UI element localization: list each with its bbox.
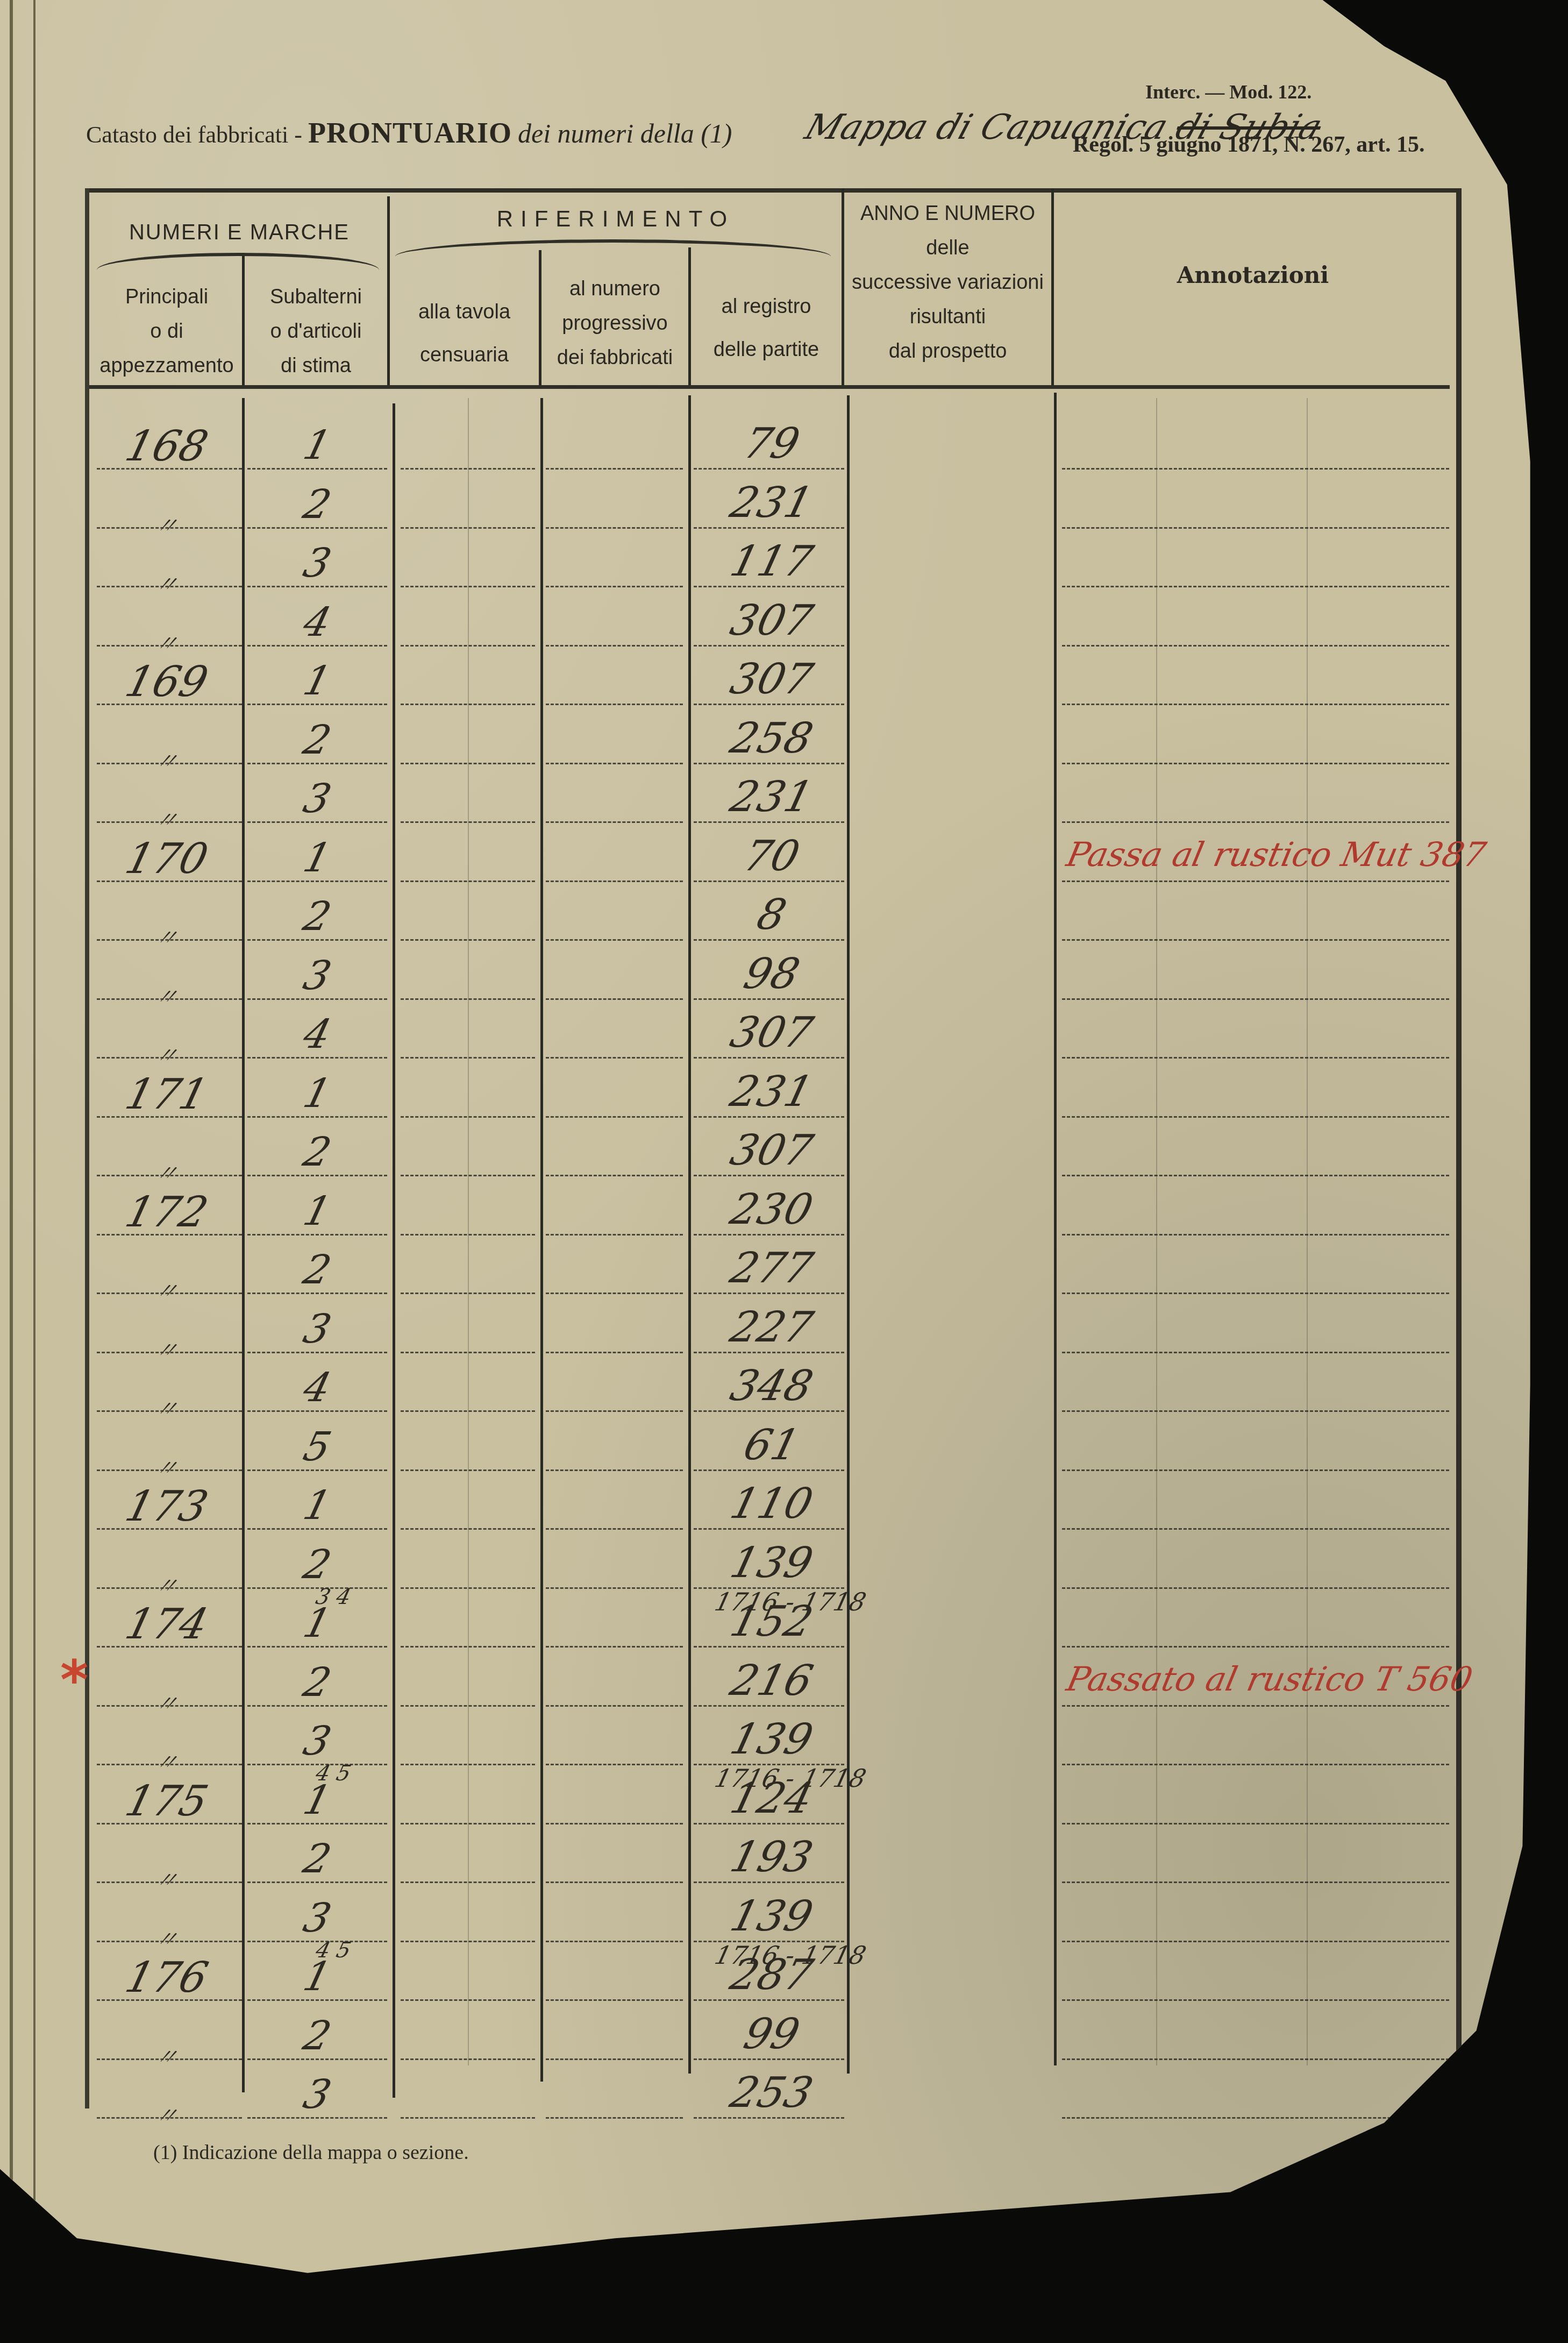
registro-partite-number: 287 xyxy=(688,1951,856,1999)
registro-partite-number: 139 xyxy=(688,1539,856,1587)
row-rule xyxy=(401,821,535,825)
row-rule xyxy=(1062,1410,1449,1414)
row-rule xyxy=(546,1941,683,1944)
row-rule xyxy=(401,1234,535,1237)
row-rule xyxy=(1062,1587,1449,1591)
principale-number: 〃 xyxy=(88,1333,246,1365)
header-line: successive variazioni xyxy=(844,265,1051,300)
subalterno-number: 1 xyxy=(239,1070,395,1117)
subalterno-number: 1 xyxy=(239,1482,395,1529)
row-rule xyxy=(546,998,683,1002)
row-rule xyxy=(401,1823,535,1826)
header-tavola: alla tavola censuaria xyxy=(390,290,539,377)
registro-partite-number: 152 xyxy=(688,1597,856,1646)
principale-number: 〃 xyxy=(88,508,246,541)
principale-number: 169 xyxy=(85,658,248,706)
row-rule xyxy=(546,527,683,530)
registro-partite-number: 216 xyxy=(688,1657,856,1705)
principale-number: 〃 xyxy=(88,803,246,835)
principale-number: 〃 xyxy=(88,979,246,1012)
red-asterisk-marker: * xyxy=(60,1649,88,1712)
row-rule xyxy=(1062,1941,1449,1944)
row-rule xyxy=(694,1881,844,1885)
row-rule xyxy=(694,645,844,648)
registro-partite-number: 231 xyxy=(688,479,856,527)
row-rule xyxy=(1062,1528,1449,1531)
principale-number: 〃 xyxy=(88,1922,246,1954)
row-rule xyxy=(546,1116,683,1119)
row-rule xyxy=(694,1528,844,1531)
edge-text: Ind xyxy=(22,2227,52,2248)
principale-number: 〃 xyxy=(88,626,246,658)
row-rule xyxy=(401,2058,535,2062)
row-rule xyxy=(694,1823,844,1826)
subalterno-number: 2 xyxy=(239,1836,395,1882)
principale-number: 171 xyxy=(85,1070,248,1119)
header-line: al registro xyxy=(691,285,842,328)
subtitle-label: dei numeri della (1) xyxy=(518,118,732,148)
principale-number: 〃 xyxy=(88,1451,246,1483)
row-rule xyxy=(401,704,535,707)
subalterno-number: 3 xyxy=(239,1895,395,1941)
header-line: censuaria xyxy=(390,333,539,377)
principale-number: 173 xyxy=(85,1482,248,1531)
header-principali: Principali o di appezzamento xyxy=(91,280,242,383)
header-annotazioni: Annotazioni xyxy=(1054,258,1452,293)
subalterno-number: 2 xyxy=(239,1247,395,1293)
row-rule xyxy=(546,1646,683,1649)
row-rule xyxy=(401,468,535,471)
row-rule xyxy=(401,2117,535,2120)
header-line: di stima xyxy=(245,349,387,383)
subalterno-number: 1 xyxy=(239,835,395,881)
subalterno-number: 4 xyxy=(239,599,395,645)
row-rule xyxy=(546,1587,683,1591)
header-line: risultanti xyxy=(844,300,1051,334)
row-rule xyxy=(694,939,844,942)
registro-partite-number: 231 xyxy=(688,1068,856,1116)
registro-partite-number: 348 xyxy=(688,1362,856,1410)
row-rule xyxy=(1062,821,1449,825)
row-rule xyxy=(401,1705,535,1708)
registro-partite-number: 307 xyxy=(688,1009,856,1057)
registro-partite-number: 307 xyxy=(688,1126,856,1175)
header-line: delle partite xyxy=(691,328,842,371)
subalterno-number: 1 xyxy=(239,658,395,704)
row-rule xyxy=(546,1410,683,1414)
row-rule xyxy=(694,1705,844,1708)
row-rule xyxy=(694,527,844,530)
principale-number: 175 xyxy=(85,1777,248,1826)
row-rule xyxy=(401,1764,535,1767)
header-line: al numero xyxy=(541,272,688,306)
row-rule xyxy=(1062,1705,1449,1708)
row-rule xyxy=(694,586,844,589)
row-rule xyxy=(401,1410,535,1414)
row-rule xyxy=(401,763,535,766)
row-rule xyxy=(546,1705,683,1708)
principale-number: 174 xyxy=(85,1600,248,1649)
row-rule xyxy=(1062,1175,1449,1178)
row-rule xyxy=(694,763,844,766)
column-divider xyxy=(540,398,543,2082)
row-rule xyxy=(1062,763,1449,766)
row-rule xyxy=(1062,527,1449,530)
principale-number: 〃 xyxy=(88,1568,246,1601)
principale-number: 〃 xyxy=(88,2040,246,2072)
title-label: PRONTUARIO xyxy=(308,117,512,149)
row-rule xyxy=(401,1881,535,1885)
row-rule xyxy=(401,939,535,942)
header-line: appezzamento xyxy=(91,349,242,383)
footnote: (1) Indicazione della mappa o sezione. xyxy=(153,2141,469,2164)
row-rule xyxy=(694,1234,844,1237)
row-rule xyxy=(546,1057,683,1060)
header-line: alla tavola xyxy=(390,290,539,333)
header-line: delle xyxy=(844,231,1051,265)
row-rule xyxy=(694,704,844,707)
row-rule xyxy=(694,1410,844,1414)
row-rule xyxy=(401,645,535,648)
subalterno-number: 1 xyxy=(239,1188,395,1234)
row-rule xyxy=(1062,586,1449,589)
header-line: o d'articoli xyxy=(245,314,387,349)
header-line: dal prospetto xyxy=(844,334,1051,368)
row-rule xyxy=(1062,1999,1449,2003)
header-line: Subalterni xyxy=(245,280,387,314)
binding-edge xyxy=(33,0,35,2307)
row-rule xyxy=(694,468,844,471)
subalterno-number: 3 xyxy=(239,540,395,586)
principale-number: 〃 xyxy=(88,1686,246,1719)
header-anno-numero: ANNO E NUMERO delle successive variazion… xyxy=(844,196,1051,368)
row-rule xyxy=(694,1175,844,1178)
principale-number: 〃 xyxy=(88,1745,246,1777)
row-rule xyxy=(401,1293,535,1296)
header-line: ANNO E NUMERO xyxy=(844,196,1051,231)
registro-partite-number: 230 xyxy=(688,1185,856,1234)
row-rule xyxy=(1062,1057,1449,1060)
header-line: progressivo xyxy=(541,306,688,340)
row-rule xyxy=(401,1528,535,1531)
subalterno-number: 1 xyxy=(239,1600,395,1646)
model-number: Interc. — Mod. 122. xyxy=(1145,81,1312,103)
principale-number: 176 xyxy=(85,1954,248,2002)
header-numeri-e-marche: NUMERI E MARCHE xyxy=(91,215,387,250)
subalterno-number: 1 xyxy=(239,1954,395,2000)
subalterno-number: 4 xyxy=(239,1365,395,1411)
header-line: o di xyxy=(91,314,242,349)
registro-partite-number: 227 xyxy=(688,1303,856,1352)
row-rule xyxy=(546,586,683,589)
subalterno-number: 1 xyxy=(239,1777,395,1823)
row-rule xyxy=(401,586,535,589)
row-rule xyxy=(694,2058,844,2062)
row-rule xyxy=(546,1352,683,1355)
registro-partite-number: 253 xyxy=(688,2069,856,2117)
faint-guide xyxy=(1307,398,1308,2065)
registro-partite-number: 307 xyxy=(688,597,856,645)
row-rule xyxy=(694,1469,844,1473)
principale-number: 172 xyxy=(85,1188,248,1237)
registro-partite-number: 231 xyxy=(688,773,856,821)
registro-partite-number: 79 xyxy=(688,420,856,468)
row-rule xyxy=(1062,1823,1449,1826)
row-rule xyxy=(546,939,683,942)
row-rule xyxy=(546,1293,683,1296)
subalterno-number: 1 xyxy=(239,422,395,468)
registro-partite-number: 99 xyxy=(688,2010,856,2058)
subalterno-number: 2 xyxy=(239,481,395,528)
registro-partite-number: 258 xyxy=(688,714,856,763)
subalterno-number: 5 xyxy=(239,1424,395,1470)
row-rule xyxy=(401,1646,535,1649)
registro-partite-number: 139 xyxy=(688,1892,856,1941)
row-rule xyxy=(546,645,683,648)
subalterno-number: 3 xyxy=(239,1718,395,1764)
registro-partite-number: 139 xyxy=(688,1715,856,1764)
row-rule xyxy=(546,1175,683,1178)
row-rule xyxy=(1062,1116,1449,1119)
column-divider xyxy=(242,398,245,2092)
row-rule xyxy=(401,1352,535,1355)
subalterno-number: 3 xyxy=(239,953,395,999)
subalterno-number: 3 xyxy=(239,776,395,822)
subalterno-number: 3 xyxy=(239,1306,395,1352)
registro-partite-number: 110 xyxy=(688,1480,856,1528)
row-rule xyxy=(1062,881,1449,884)
row-rule xyxy=(1062,704,1449,707)
row-rule xyxy=(546,1881,683,1885)
row-rule xyxy=(546,2117,683,2120)
registro-partite-number: 117 xyxy=(688,537,856,586)
row-rule xyxy=(546,1823,683,1826)
row-rule xyxy=(401,1116,535,1119)
subalterno-number: 2 xyxy=(239,1129,395,1175)
principale-number: 〃 xyxy=(88,1156,246,1188)
subalterno-number: 2 xyxy=(239,1542,395,1588)
registro-partite-number: 8 xyxy=(688,891,856,939)
registro-partite-number: 98 xyxy=(688,950,856,998)
row-rule xyxy=(546,821,683,825)
row-rule xyxy=(694,2117,844,2120)
row-rule xyxy=(694,881,844,884)
row-rule xyxy=(1062,645,1449,648)
row-rule xyxy=(401,527,535,530)
row-rule xyxy=(1062,468,1449,471)
row-rule xyxy=(1062,1646,1449,1649)
row-rule xyxy=(401,1587,535,1591)
row-rule xyxy=(546,468,683,471)
header-line: Principali xyxy=(91,280,242,314)
principale-number: 〃 xyxy=(88,744,246,776)
row-rule xyxy=(694,1293,844,1296)
row-rule xyxy=(546,1999,683,2003)
principale-number: 〃 xyxy=(88,567,246,599)
column-divider xyxy=(1054,393,1057,2065)
row-rule xyxy=(1062,1881,1449,1885)
principale-number: 〃 xyxy=(88,920,246,953)
row-rule xyxy=(401,1175,535,1178)
principale-number: 〃 xyxy=(88,2098,246,2131)
row-rule xyxy=(546,704,683,707)
row-rule xyxy=(694,1352,844,1355)
subalterno-number: 2 xyxy=(239,2013,395,2059)
faint-guide xyxy=(1156,398,1157,2065)
subalterno-number: 2 xyxy=(239,1659,395,1706)
header-registro: al registro delle partite xyxy=(691,285,842,371)
row-rule xyxy=(694,1999,844,2003)
row-rule xyxy=(401,1469,535,1473)
row-rule xyxy=(694,1646,844,1649)
principale-number: 170 xyxy=(85,835,248,883)
principale-number: 168 xyxy=(85,422,248,471)
row-rule xyxy=(401,1999,535,2003)
row-rule xyxy=(401,1057,535,1060)
row-rule xyxy=(694,1057,844,1060)
registro-partite-number: 193 xyxy=(688,1833,856,1881)
registro-partite-number: 277 xyxy=(688,1244,856,1293)
header-bottom-rule xyxy=(89,385,1450,389)
registro-partite-number: 70 xyxy=(688,832,856,881)
row-rule xyxy=(546,1528,683,1531)
principale-number: 〃 xyxy=(88,1038,246,1070)
column-divider xyxy=(847,395,850,2074)
row-rule xyxy=(694,821,844,825)
header-subalterni: Subalterni o d'articoli di stima xyxy=(245,280,387,383)
row-rule xyxy=(1062,998,1449,1002)
header-line: dei fabbricati xyxy=(541,340,688,375)
row-rule xyxy=(694,998,844,1002)
row-rule xyxy=(694,1116,844,1119)
row-rule xyxy=(546,2058,683,2062)
header-riferimento: RIFERIMENTO xyxy=(393,202,839,236)
row-rule xyxy=(401,1941,535,1944)
header-numero-progressivo: al numero progressivo dei fabbricati xyxy=(541,272,688,375)
registro-partite-number: 307 xyxy=(688,655,856,704)
row-rule xyxy=(1062,1293,1449,1296)
row-rule xyxy=(1062,2117,1449,2120)
annotation-red-ink: Passato al rustico T 560 xyxy=(1063,1659,1476,1699)
document-title: Catasto dei fabbricati - PRONTUARIO dei … xyxy=(86,116,732,150)
row-rule xyxy=(546,763,683,766)
ledger-page: Catasto dei fabbricati - PRONTUARIO dei … xyxy=(0,0,1538,2307)
faint-guide xyxy=(468,398,469,2065)
subalterno-number: 4 xyxy=(239,1011,395,1057)
series-label: Catasto dei fabbricati - xyxy=(86,122,302,148)
row-rule xyxy=(401,881,535,884)
binding-edge xyxy=(10,0,13,2307)
principale-number: 〃 xyxy=(88,1863,246,1895)
row-rule xyxy=(1062,1352,1449,1355)
row-rule xyxy=(546,881,683,884)
subalterno-number: 2 xyxy=(239,717,395,763)
row-rule xyxy=(1062,1234,1449,1237)
row-rule xyxy=(546,1764,683,1767)
registro-partite-number: 61 xyxy=(688,1421,856,1469)
row-rule xyxy=(1062,2058,1449,2062)
row-rule xyxy=(1062,1764,1449,1767)
principale-number: 〃 xyxy=(88,1391,246,1424)
regulation-reference: Regol. 5 giugno 1871, N. 267, art. 15. xyxy=(1073,132,1425,158)
row-rule xyxy=(401,998,535,1002)
row-rule xyxy=(546,1234,683,1237)
registro-partite-number: 124 xyxy=(688,1774,856,1823)
principale-number: 〃 xyxy=(88,1274,246,1306)
subalterno-number: 3 xyxy=(239,2071,395,2118)
subalterno-number: 2 xyxy=(239,893,395,940)
row-rule xyxy=(1062,939,1449,942)
row-rule xyxy=(546,1469,683,1473)
annotation-red-ink: Passa al rustico Mut 387 xyxy=(1063,835,1489,874)
row-rule xyxy=(1062,1469,1449,1473)
